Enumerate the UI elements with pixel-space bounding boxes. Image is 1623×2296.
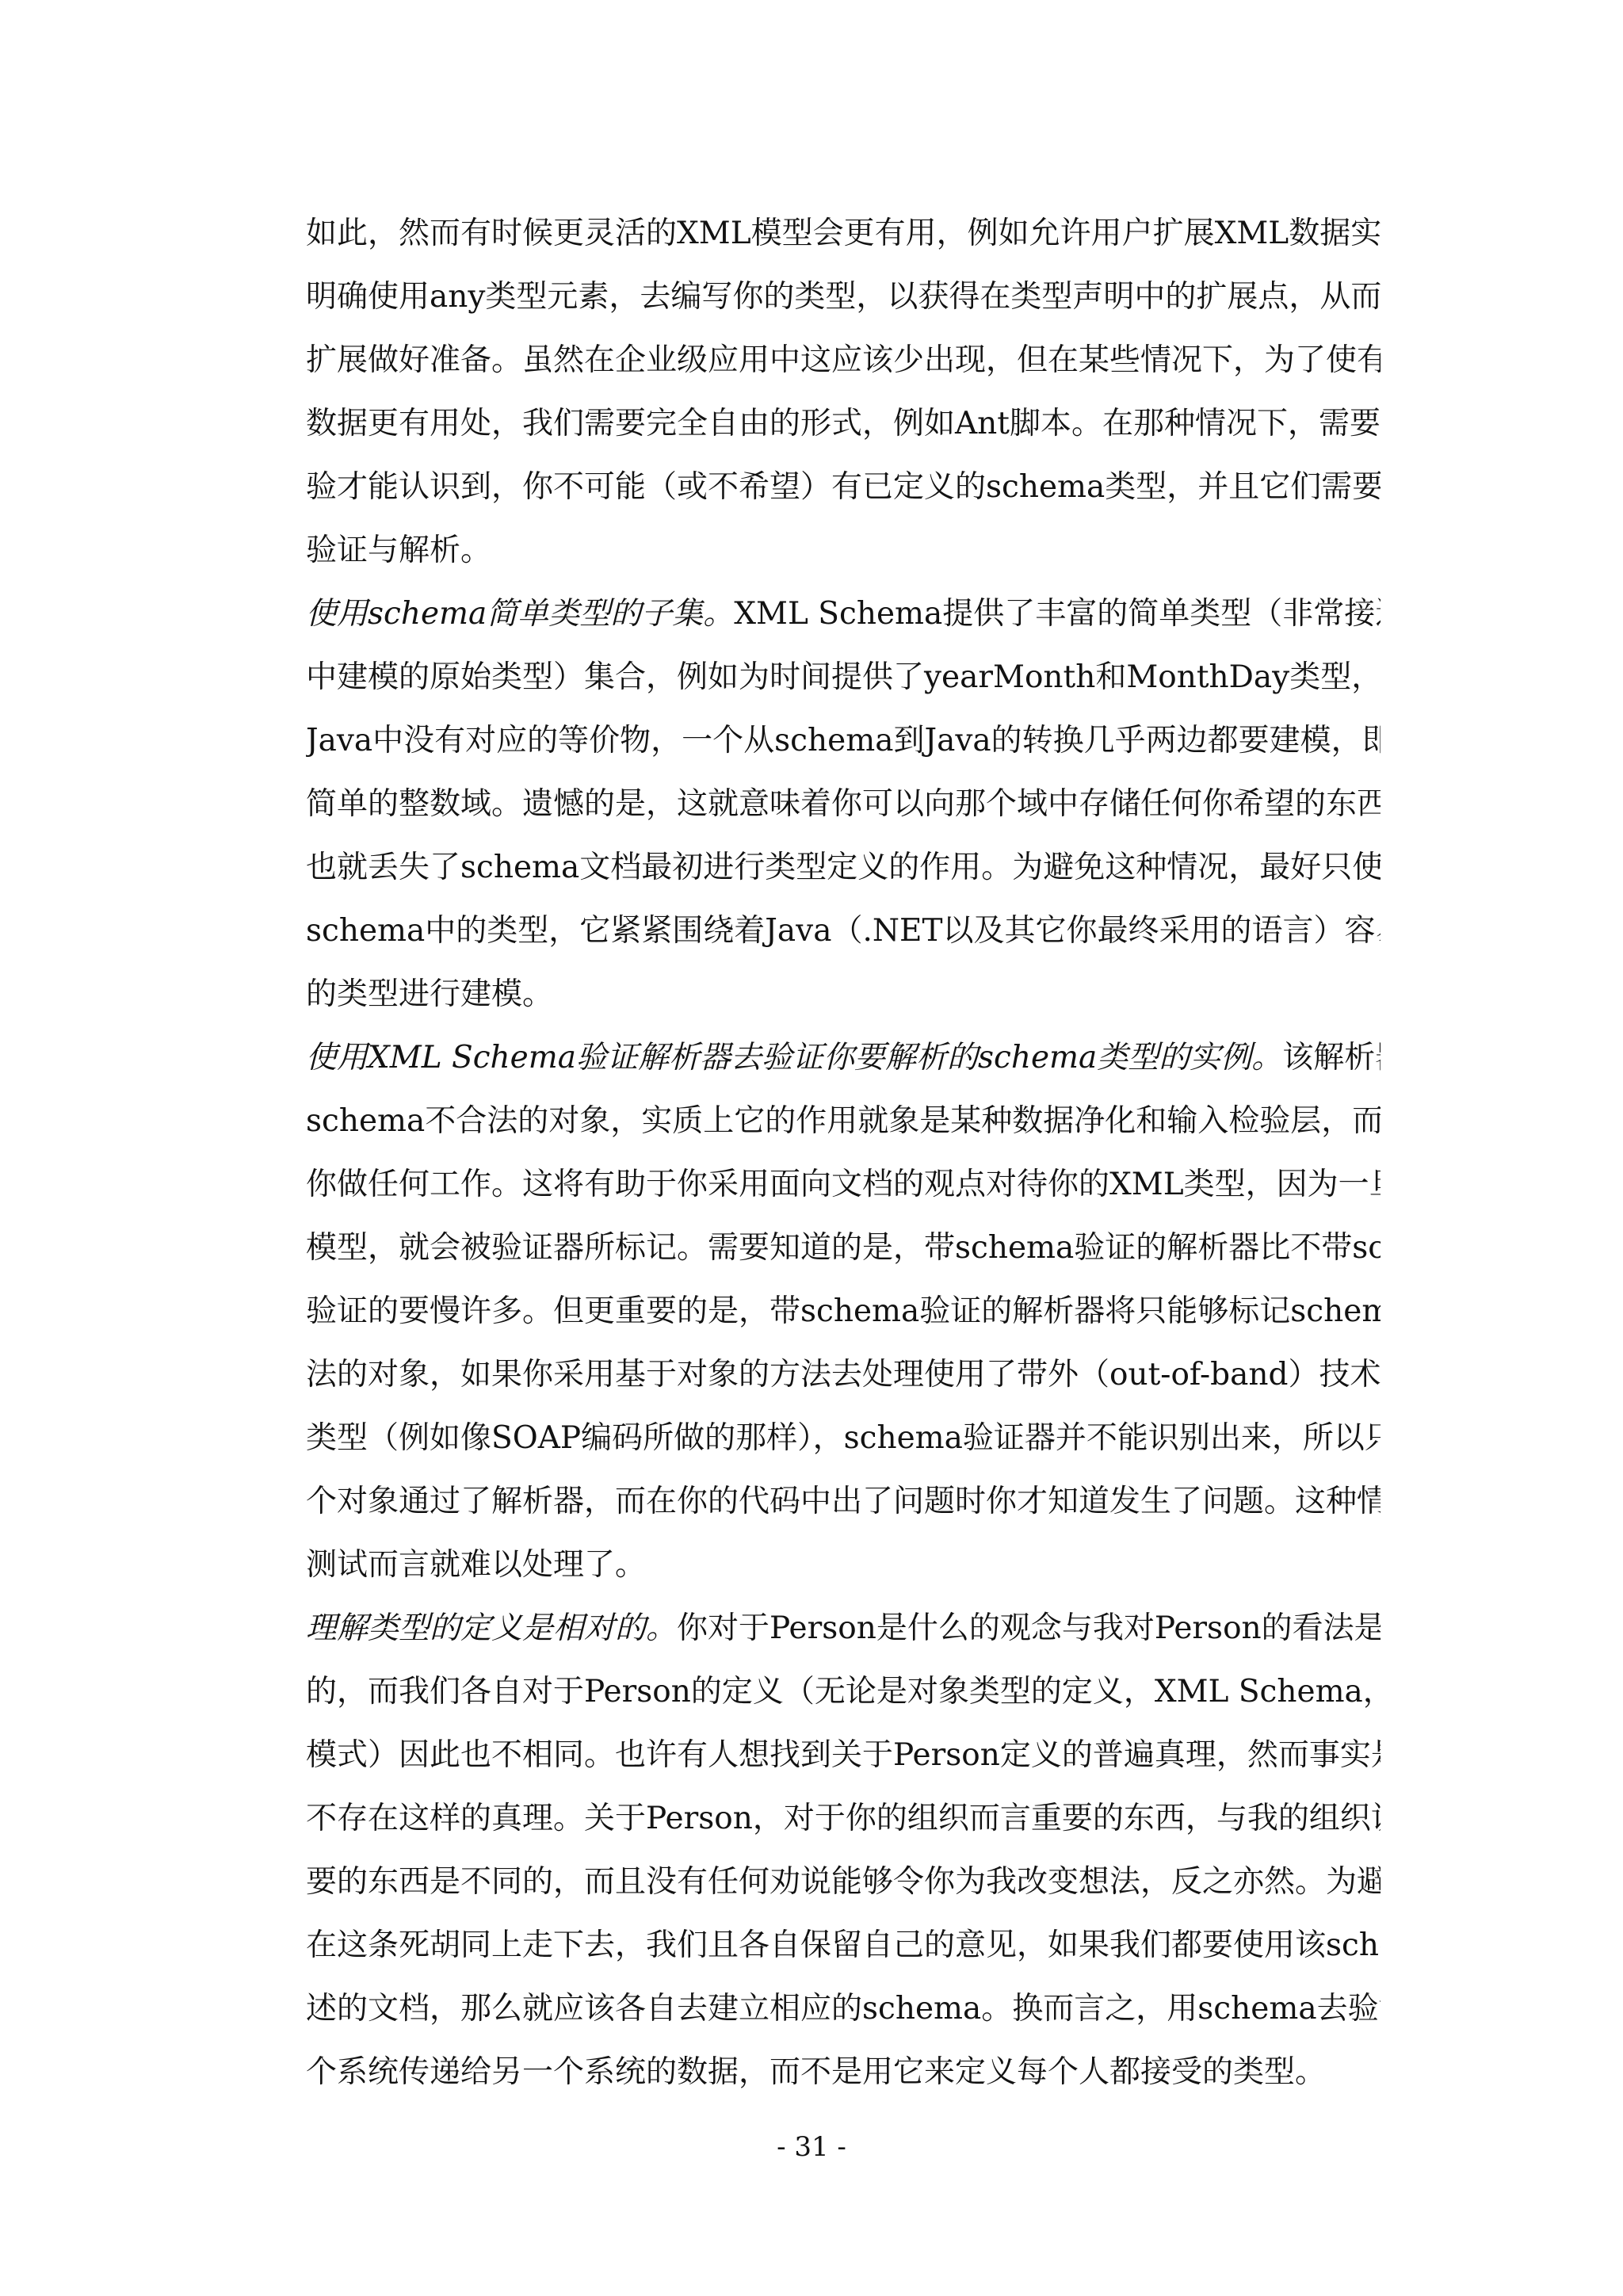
bullet-lead-italic: 使用XML Schema验证解析器去验证你要解析的schema类型的实例。 bbox=[306, 1040, 1282, 1075]
bullet-line: 个对象通过了解析器，而在你的代码中出了问题时你才知道发生了问题。这种情况对于 bbox=[306, 1470, 1381, 1534]
bullet-line: 简单的整数域。遗憾的是，这就意味着你可以向那个域中存储任何你希望的东西，因此 bbox=[306, 773, 1381, 836]
document-page: 如此，然而有时候更灵活的XML模型会更有用，例如允许用户扩展XML数据实例。通过… bbox=[0, 0, 1623, 2296]
paragraph-line: 数据更有用处，我们需要完全自由的形式，例如Ant脚本。在那种情况下，需要很有经 bbox=[306, 392, 1381, 456]
bullet-line: 述的文档，那么就应该各自去建立相应的schema。换而言之，用schema去验证… bbox=[306, 1977, 1381, 2041]
bullet-line: 验证的要慢许多。但更重要的是，带schema验证的解析器将只能够标记schema… bbox=[306, 1280, 1381, 1343]
bullet-line: Java中没有对应的等价物，一个从schema到Java的转换几乎两边都要建模，… bbox=[306, 709, 1381, 773]
bullet-first-line-rest: XML Schema提供了丰富的简单类型（非常接近Java bbox=[734, 596, 1381, 632]
bullet-line: 的类型进行建模。 bbox=[306, 963, 1381, 1026]
bullet-line: 个系统传递给另一个系统的数据，而不是用它来定义每个人都接受的类型。 bbox=[306, 2041, 1381, 2104]
bullet-first-line-rest: 该解析器将标记 bbox=[1282, 1040, 1381, 1075]
bullet-item-first-line: ●使用schema简单类型的子集。XML Schema提供了丰富的简单类型（非常… bbox=[306, 583, 1381, 646]
bullet-line: 类型（例如像SOAP编码所做的那样），schema验证器并不能识别出来，所以只有… bbox=[306, 1407, 1381, 1470]
bullet-lead-italic: 理解类型的定义是相对的。 bbox=[306, 1610, 677, 1646]
paragraph-line: 验才能认识到，你不可能（或不希望）有已定义的schema类型，并且它们需要手动的 bbox=[306, 456, 1381, 519]
bullet-line: 不存在这样的真理。关于Person，对于你的组织而言重要的东西，与我的组织认为重 bbox=[306, 1787, 1381, 1851]
bullet-line: 模式）因此也不相同。也许有人想找到关于Person定义的普遍真理，然而事实是根本 bbox=[306, 1724, 1381, 1787]
paragraph-line: 验证与解析。 bbox=[306, 519, 1381, 583]
bullet-lead-italic: 使用schema简单类型的子集。 bbox=[306, 596, 734, 632]
bullet-line: 中建模的原始类型）集合，例如为时间提供了yearMonth和MonthDay类型… bbox=[306, 646, 1381, 709]
page-number: - 31 - bbox=[0, 2121, 1623, 2173]
body-text-block: 如此，然而有时候更灵活的XML模型会更有用，例如允许用户扩展XML数据实例。通过… bbox=[306, 202, 1381, 2104]
bullet-line: 你做任何工作。这将有助于你采用面向文档的观点对待你的XML类型，因为一旦偏离该 bbox=[306, 1153, 1381, 1217]
bullet-line: 模型，就会被验证器所标记。需要知道的是，带schema验证的解析器比不带sche… bbox=[306, 1217, 1381, 1280]
bullet-line: 要的东西是不同的，而且没有任何劝说能够令你为我改变想法，反之亦然。为避免继续 bbox=[306, 1851, 1381, 1914]
bullet-line: 也就丢失了schema文档最初进行类型定义的作用。为避免这种情况，最好只使用XS… bbox=[306, 836, 1381, 900]
bullet-line: 在这条死胡同上走下去，我们且各自保留自己的意见，如果我们都要使用该schema描 bbox=[306, 1914, 1381, 1977]
bullet-line: schema中的类型，它紧紧围绕着Java（.NET以及其它你最终采用的语言）容… bbox=[306, 900, 1381, 963]
bullet-line: 的，而我们各自对于Person的定义（无论是对象类型的定义，XML Schema… bbox=[306, 1660, 1381, 1724]
paragraph-line: 如此，然而有时候更灵活的XML模型会更有用，例如允许用户扩展XML数据实例。通过 bbox=[306, 202, 1381, 266]
bullet-first-line-rest: 你对于Person是什么的观念与我对Person的看法是不同 bbox=[677, 1610, 1381, 1646]
bullet-item-first-line: ●理解类型的定义是相对的。你对于Person是什么的观念与我对Person的看法… bbox=[306, 1597, 1381, 1660]
paragraph-line: 明确使用any类型元素，去编写你的类型，以获得在类型声明中的扩展点，从而为这种 bbox=[306, 266, 1381, 329]
bullet-item-first-line: ●使用XML Schema验证解析器去验证你要解析的schema类型的实例。该解… bbox=[306, 1026, 1381, 1090]
paragraph-line: 扩展做好准备。虽然在企业级应用中这应该少出现，但在某些情况下，为了使有些XML bbox=[306, 329, 1381, 392]
bullet-line: 法的对象，如果你采用基于对象的方法去处理使用了带外（out-of-band）技术… bbox=[306, 1343, 1381, 1407]
bullet-line: schema不合法的对象，实质上它的作用就象是某种数据净化和输入检验层，而不需要 bbox=[306, 1090, 1381, 1153]
bullet-line: 测试而言就难以处理了。 bbox=[306, 1534, 1381, 1597]
